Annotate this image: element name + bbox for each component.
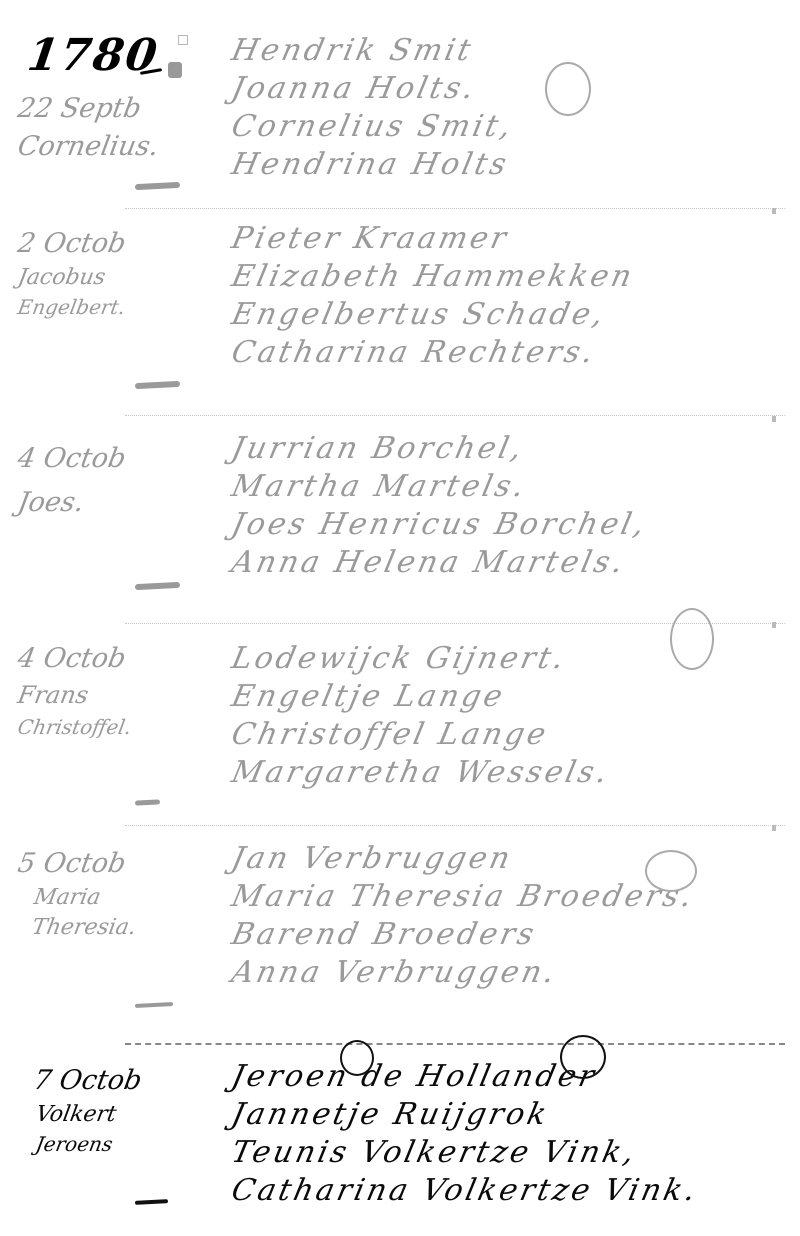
entry-date-child: 7 Octob Volkert Jeroens xyxy=(18,1062,208,1158)
ink-spot xyxy=(178,35,188,45)
godmother-name: Margaretha Wessels. xyxy=(228,754,796,792)
separator-rule xyxy=(125,415,785,416)
child-name: Cornelius. xyxy=(15,128,212,166)
entry-names: Lodewijck Gijnert. Engeltje Lange Christ… xyxy=(232,640,792,792)
flourish xyxy=(670,608,714,670)
separator-dash xyxy=(135,799,160,805)
entry-names: Jeroen de Hollander Jannetje Ruijgrok Te… xyxy=(232,1058,792,1210)
edge-mark xyxy=(772,622,776,628)
mother-name: Joanna Holts. xyxy=(228,70,796,108)
separator-dash xyxy=(135,1199,168,1205)
godfather-name: Christoffel Lange xyxy=(228,716,796,754)
godfather-name: Joes Henricus Borchel, xyxy=(228,506,796,544)
entry-date-child: 4 Octob Joes. xyxy=(18,440,208,522)
child-name: Volkert xyxy=(15,1100,210,1130)
child-name: Maria xyxy=(15,883,210,913)
father-name: Jan Verbruggen xyxy=(228,840,796,878)
separator-rule xyxy=(125,1043,785,1045)
edge-mark xyxy=(772,825,776,831)
father-name: Pieter Kraamer xyxy=(228,220,796,258)
flourish xyxy=(645,850,697,892)
flourish xyxy=(340,1040,374,1076)
entry-date-child: 4 Octob Frans Christoffel. xyxy=(18,640,208,742)
separator-dash xyxy=(135,381,180,389)
entry-date: 5 Octob xyxy=(15,845,212,883)
entry-names: Pieter Kraamer Elizabeth Hammekken Engel… xyxy=(232,220,792,372)
separator-dash xyxy=(135,582,180,590)
godmother-name: Catharina Rechters. xyxy=(228,334,796,372)
father-name: Jeroen de Hollander xyxy=(228,1058,796,1096)
entry-date-child: 22 Septb Cornelius. xyxy=(18,90,208,166)
flourish xyxy=(545,62,591,116)
entry-date-child: 5 Octob Maria Theresia. xyxy=(18,845,208,943)
child-name: Theresia. xyxy=(15,913,210,943)
separator-rule xyxy=(125,208,785,209)
godfather-name: Cornelius Smit, xyxy=(228,108,796,146)
godfather-name: Teunis Volkertze Vink, xyxy=(228,1134,796,1172)
child-name: Engelbert. xyxy=(16,293,211,321)
separator-dash xyxy=(135,182,180,190)
godfather-name: Barend Broeders xyxy=(228,916,796,954)
entry-names: Hendrik Smit Joanna Holts. Cornelius Smi… xyxy=(232,32,792,184)
edge-mark xyxy=(772,416,776,422)
godmother-name: Anna Verbruggen. xyxy=(228,954,796,992)
entry-date: 22 Septb xyxy=(15,90,212,128)
mother-name: Jannetje Ruijgrok xyxy=(228,1096,796,1134)
separator-rule xyxy=(125,825,785,826)
mother-name: Engeltje Lange xyxy=(228,678,796,716)
father-name: Jurrian Borchel, xyxy=(228,430,796,468)
entry-date: 2 Octob xyxy=(15,225,212,263)
entry-names: Jurrian Borchel, Martha Martels. Joes He… xyxy=(232,430,792,582)
register-page: 1780 22 Septb Cornelius. Hendrik Smit Jo… xyxy=(0,0,800,1236)
ink-blot xyxy=(168,62,182,78)
flourish xyxy=(560,1035,606,1079)
godmother-name: Anna Helena Martels. xyxy=(228,544,796,582)
child-name: Jacobus xyxy=(15,263,210,293)
child-name: Joes. xyxy=(15,484,212,522)
separator-dash xyxy=(135,1002,173,1008)
godmother-name: Catharina Volkertze Vink. xyxy=(228,1172,796,1210)
entry-date: 7 Octob xyxy=(15,1062,212,1100)
godmother-name: Hendrina Holts xyxy=(228,146,796,184)
godfather-name: Engelbertus Schade, xyxy=(228,296,796,334)
child-name: Christoffel. xyxy=(15,712,210,742)
mother-name: Maria Theresia Broeders. xyxy=(228,878,796,916)
mother-name: Elizabeth Hammekken xyxy=(228,258,796,296)
entry-date: 4 Octob xyxy=(15,640,212,678)
entry-date: 4 Octob xyxy=(15,440,212,478)
edge-mark xyxy=(772,208,776,214)
child-name: Jeroens xyxy=(16,1130,211,1158)
father-name: Hendrik Smit xyxy=(228,32,796,70)
mother-name: Martha Martels. xyxy=(228,468,796,506)
child-name: Frans xyxy=(15,678,211,712)
entry-date-child: 2 Octob Jacobus Engelbert. xyxy=(18,225,208,321)
entry-names: Jan Verbruggen Maria Theresia Broeders. … xyxy=(232,840,792,992)
